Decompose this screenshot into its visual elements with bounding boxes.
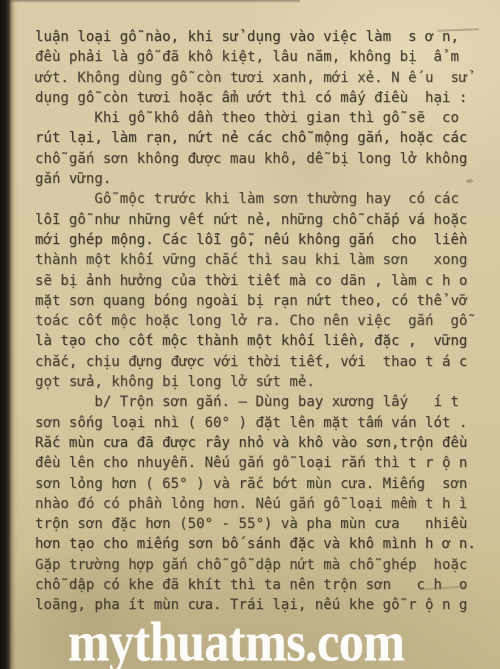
scan-edge-top (0, 0, 300, 3)
text-line: thành một khối vững chắc thì sau khi làm… (35, 250, 475, 270)
text-line: mặt sơn quang bóng ngoài bị rạn nứt theo… (35, 291, 475, 311)
text-line: gắn vững. (35, 169, 475, 189)
text-line: Gặp trường hợp gắn chỗ gỗ dập nứt mà chỗ… (35, 555, 475, 575)
text-line: là tạo cho cốt mộc thành một khối liền, … (35, 331, 475, 351)
text-line: sẽ bị ảnh hưởng của thời tiết mà co dãn … (35, 271, 475, 291)
text-line: ướt. Không dùng gỗ còn tươi xanh, mới xẻ… (35, 68, 475, 88)
text-line: gọt sửa, không bị long lở sứt mẻ. (35, 372, 475, 392)
watermark: mythuatms.com (68, 611, 405, 669)
text-line: lỗi gỗ như những vết nứt nẻ, những chỗ c… (35, 210, 475, 230)
text-line: trộn sơn đặc hơn (50° - 55°) và pha mùn … (35, 514, 475, 534)
text-line: Rắc mùn cưa đã được rây nhỏ và khô vào s… (35, 433, 475, 453)
text-line: đều phải là gỗ đã khô kiệt, lâu năm, khô… (35, 47, 475, 67)
text-line: chỗ dập có khe đã khít thì ta nên trộn s… (35, 575, 475, 595)
text-line: rút lại, làm rạn, nứt nẻ các chỗ mộng gắ… (35, 128, 475, 148)
pencil-mark (466, 179, 473, 183)
text-line: Gỗ mộc trước khi làm sơn thường hay có c… (35, 189, 475, 209)
text-line: mới ghép mộng. Các lỗi gỗ, nếu không gắn… (35, 230, 475, 250)
text-line: Khi gỗ khô dần theo thời gian thì gỗ sẽ … (35, 108, 475, 128)
text-line: b/ Trộn sơn gắn. — Dùng bay xương lấy í … (35, 392, 475, 412)
scanned-page: luận loại gỗ nào, khi sử dụng vào việc l… (0, 0, 500, 669)
scan-edge-left (0, 0, 18, 669)
text-line: nhào đó có phần lỏng hơn. Nếu gắn gỗ loạ… (35, 494, 475, 514)
page-text: luận loại gỗ nào, khi sử dụng vào việc l… (35, 27, 475, 616)
text-line: sơn lỏng hơn ( 65° ) và rắc bớt mùn cưa.… (35, 474, 475, 494)
text-line: chắc, chịu đựng được với thời tiết, với … (35, 352, 475, 372)
text-line: chỗ gắn sơn không được mau khô, dễ bị lo… (35, 149, 475, 169)
text-line: dụng gỗ còn tươi hoặc ẩm ướt thì có mấy … (35, 88, 475, 108)
text-line: toác cốt mộc hoặc long lở ra. Cho nên vi… (35, 311, 475, 331)
text-line: đều lên cho nhuyễn. Nếu gắn gỗ loại rắn … (35, 453, 475, 473)
text-line: hơn tạo cho miếng sơn bố sánh đặc và khô… (35, 534, 475, 554)
text-line: sơn sống loại nhì ( 60° ) đặt lên mặt tấ… (35, 413, 475, 433)
text-line: luận loại gỗ nào, khi sử dụng vào việc l… (35, 27, 475, 47)
